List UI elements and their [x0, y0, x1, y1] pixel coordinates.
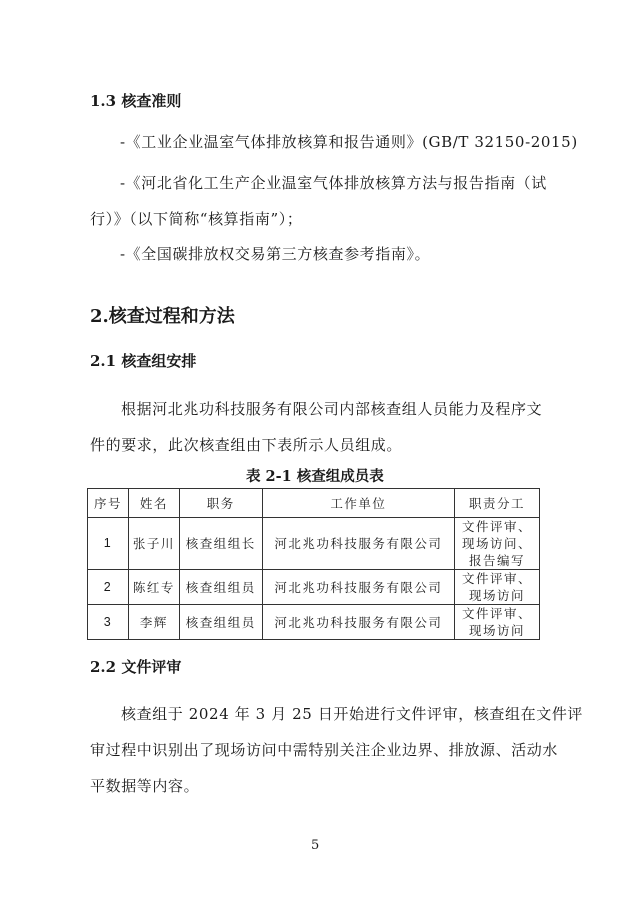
section-2-1-heading: 2.1 核查组安排: [90, 350, 196, 371]
header-name: 姓名: [128, 489, 179, 518]
header-position: 职务: [179, 489, 262, 518]
criteria-item-1: -《工业企业温室气体排放核算和报告通则》(GB/T 32150-2015): [120, 131, 578, 152]
team-members-table: 序号 姓名 职务 工作单位 职责分工 1 张子川 核查组组长 河北兆功科技服务有…: [87, 488, 540, 640]
section-2-2-para-line-1: 核查组于 2024 年 3 月 25 日开始进行文件评审，核查组在文件评: [121, 703, 583, 724]
section-2-1-para-line-2: 件的要求，此次核查组由下表所示人员组成。: [90, 434, 402, 455]
section-2-1-para-line-1: 根据河北兆功科技服务有限公司内部核查组人员能力及程序文: [121, 398, 542, 419]
section-2-2-para-line-2: 审过程中识别出了现场访问中需特别关注企业边界、排放源、活动水: [90, 739, 558, 760]
section-1-3-heading: 1.3 核查准则: [90, 90, 181, 111]
table-caption: 表 2-1 核查组成员表: [246, 465, 384, 486]
section-2-heading: 2.核查过程和方法: [90, 302, 235, 328]
section-2-2-heading: 2.2 文件评审: [90, 656, 181, 677]
criteria-item-2: -《河北省化工生产企业温室气体排放核算方法与报告指南（试: [120, 172, 547, 193]
table-row: 3 李辉 核查组组员 河北兆功科技服务有限公司 文件评审、现场访问: [88, 605, 540, 640]
header-organization: 工作单位: [262, 489, 454, 518]
page-number: 5: [311, 838, 319, 853]
header-index: 序号: [88, 489, 129, 518]
table-header-row: 序号 姓名 职务 工作单位 职责分工: [88, 489, 540, 518]
table-row: 1 张子川 核查组组长 河北兆功科技服务有限公司 文件评审、现场访问、报告编写: [88, 518, 540, 570]
table-row: 2 陈红专 核查组组员 河北兆功科技服务有限公司 文件评审、现场访问: [88, 570, 540, 605]
header-responsibility: 职责分工: [455, 489, 540, 518]
criteria-item-3: -《全国碳排放权交易第三方核查参考指南》。: [120, 243, 430, 264]
section-2-2-para-line-3: 平数据等内容。: [90, 775, 199, 796]
criteria-item-2-cont: 行）》（以下简称“核算指南”）；: [90, 208, 302, 229]
